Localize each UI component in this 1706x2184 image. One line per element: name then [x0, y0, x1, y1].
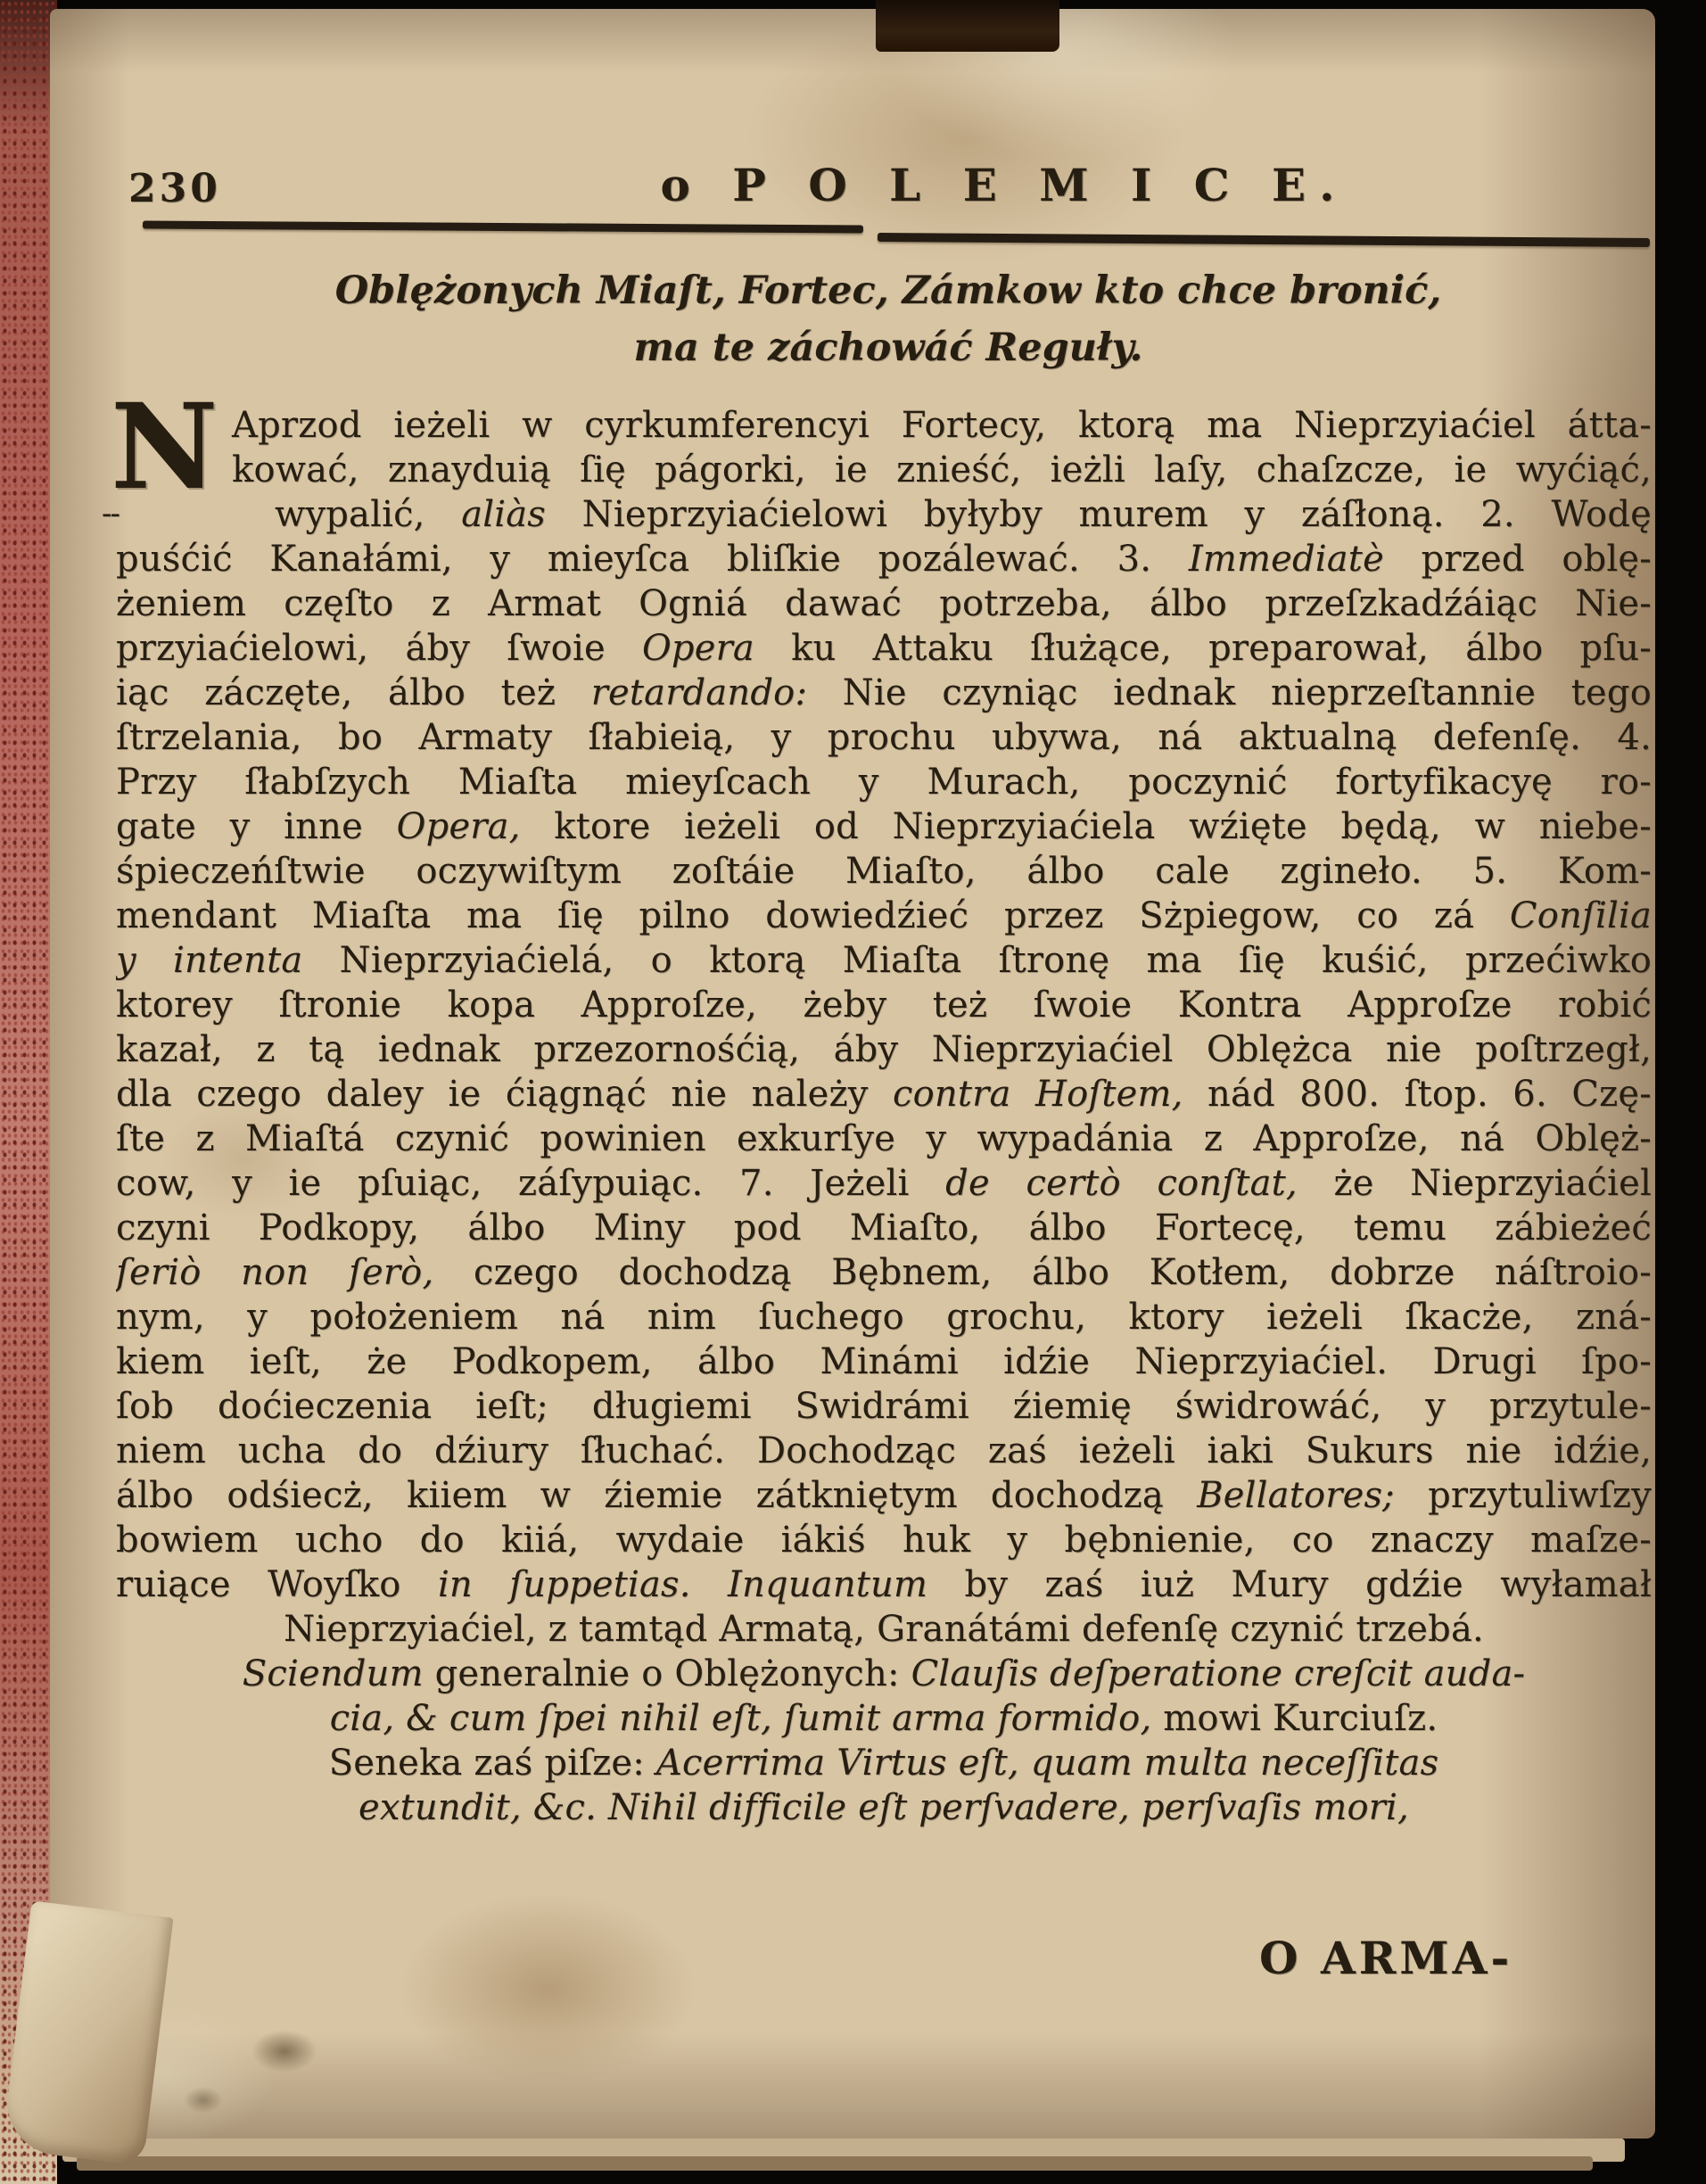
- text-segment: Seneka zaś piſze:: [329, 1743, 656, 1784]
- text-segment: ktorey ſtronie kopa Approſze, żeby też ſ…: [116, 985, 1652, 1026]
- text-segment-italic: Conſilia: [1510, 895, 1652, 936]
- text-segment: ku Attaku ſłużące, preparował, álbo pſu-: [754, 628, 1652, 669]
- text-segment: że Nieprzyiaćiel: [1298, 1163, 1652, 1204]
- text-segment-italic: in ſuppetias.: [438, 1564, 691, 1605]
- text-segment: przyiaćielowi, áby ſwoie: [116, 628, 642, 669]
- running-title: o P O L E M I C E.: [514, 159, 1495, 211]
- text-segment: przed oblę-: [1384, 539, 1652, 580]
- text-segment: mendant Miaſta ma ſię pilno dowiedźieć p…: [116, 895, 1510, 936]
- text-segment-italic: Opera,: [397, 806, 521, 847]
- text-segment-italic: Acerrima Virtus eſt, quam multa neceſſit…: [656, 1743, 1438, 1784]
- page-paper: 230 o P O L E M I C E. Oblężonych Miaſt,…: [50, 9, 1655, 2139]
- text-line: Przy ſłabſzych Miaſta mieyſcach y Murach…: [116, 760, 1652, 804]
- text-line: nym, y położeniem ná nim ſuchego grochu,…: [116, 1295, 1652, 1339]
- drop-cap: N: [111, 389, 218, 507]
- section-heading-line2: ma te záchowáć Reguły.: [175, 319, 1602, 376]
- curled-page-corner: [2, 1900, 174, 2165]
- text-line: kazał, z tą iednak przezornośćią, áby Ni…: [116, 1027, 1652, 1072]
- text-segment: álbo odśiecż, kiiem w źiemie zátkniętym …: [116, 1475, 1197, 1516]
- section-heading: Oblężonych Miaſt, Fortec, Zámkow kto chc…: [175, 262, 1602, 376]
- text-line: przyiaćielowi, áby ſwoie Opera ku Attaku…: [116, 626, 1652, 671]
- text-line: álbo odśiecż, kiiem w źiemie zátkniętym …: [116, 1473, 1652, 1518]
- text-segment: ſtrzelania, bo Armaty ſłabieią, y prochu…: [116, 717, 1652, 758]
- text-segment-italic: contra Hoſtem,: [893, 1074, 1183, 1115]
- text-segment: ruiące Woyſko: [116, 1564, 438, 1605]
- text-segment: gate y inne: [116, 806, 397, 847]
- text-line: puśćić Kanałámi, y mieyſca bliſkie pozál…: [116, 537, 1652, 581]
- text-segment: Nieprzyiaćielowi byłyby murem y záſłoną.…: [546, 494, 1652, 535]
- text-segment-italic: y intenta: [116, 940, 302, 981]
- page-number: 230: [128, 166, 221, 211]
- ink-stain-small: [184, 2087, 223, 2114]
- text-segment: puśćić Kanałámi, y mieyſca bliſkie pozál…: [116, 539, 1189, 580]
- text-segment: Aprzod ieżeli w cyrkumferencyi Fortecy, …: [232, 405, 1652, 446]
- margin-mark: --: [102, 496, 119, 532]
- text-line: bowiem ucho do kiiá, wydaie iákiś huk y …: [116, 1518, 1652, 1562]
- text-line: żeniem częſto z Armat Ogniá dawać potrze…: [116, 581, 1652, 626]
- text-line: gate y inne Opera, ktore ieżeli od Niepr…: [116, 804, 1652, 849]
- text-segment-italic: retardando:: [591, 672, 807, 713]
- text-line: cow, y ie pſuiąc, záſypuiąc. 7. Jeżeli d…: [116, 1161, 1652, 1206]
- text-segment: kiem ieſt, że Podkopem, álbo Minámi idźi…: [116, 1341, 1652, 1382]
- text-line: ſob doćieczenia ieſt; długiemi Swidrámi …: [116, 1384, 1652, 1429]
- text-segment: kazał, z tą iednak przezornośćią, áby Ni…: [116, 1029, 1652, 1070]
- text-line: ruiące Woyſko in ſuppetias. Inquantum by…: [116, 1562, 1652, 1607]
- text-segment-italic: Inquantum: [728, 1564, 927, 1605]
- text-segment-italic: ſeriò non ſerò,: [116, 1252, 433, 1293]
- text-line: kiem ieſt, że Podkopem, álbo Minámi idźi…: [116, 1339, 1652, 1384]
- text-segment: przytuliwſzy: [1395, 1475, 1652, 1516]
- text-segment: niem ucha do dźiury ſłuchać. Dochodząc z…: [116, 1430, 1652, 1471]
- text-line: Nieprzyiaćiel, z tamtąd Armatą, Granátám…: [116, 1607, 1652, 1652]
- text-line: extundit, &c. Nihil difficile eſt perſva…: [116, 1785, 1652, 1830]
- text-segment-italic: Clauſis deſperatione creſcit auda-: [911, 1653, 1526, 1694]
- text-segment: czyni Podkopy, álbo Miny pod Miaſto, álb…: [116, 1207, 1652, 1249]
- text-line: Sciendum generalnie o Oblężonych: Clauſi…: [116, 1652, 1652, 1696]
- text-line: czyni Podkopy, álbo Miny pod Miaſto, álb…: [116, 1206, 1652, 1250]
- text-line: cia, & cum ſpei nihil eſt, ſumit arma fo…: [116, 1696, 1652, 1741]
- text-segment: nym, y położeniem ná nim ſuchego grochu,…: [116, 1297, 1652, 1338]
- text-line: ſtrzelania, bo Armaty ſłabieią, y prochu…: [116, 715, 1652, 760]
- text-line: dla czego daley ie ćiągnąć nie należy co…: [116, 1072, 1652, 1117]
- text-segment: czego dochodzą Bębnem, álbo Kotłem, dobr…: [433, 1252, 1652, 1293]
- text-line: iąc záczęte, álbo też retardando: Nie cz…: [116, 671, 1652, 715]
- text-segment-italic: Sciendum: [243, 1653, 424, 1694]
- text-segment-italic: Immediatè: [1189, 539, 1384, 580]
- text-line: y intenta Nieprzyiaćielá, o ktorą Miaſta…: [116, 938, 1652, 983]
- text-segment: wypalić,: [275, 494, 461, 535]
- text-segment: Nieprzyiaćielá, o ktorą Miaſta ſtronę ma…: [302, 940, 1652, 981]
- text-segment: ktore ieżeli od Nieprzyiaćiela wźięte bę…: [521, 806, 1652, 847]
- text-segment: Nie czyniąc iednak nieprzeſtannie tego: [807, 672, 1652, 713]
- section-heading-line1: Oblężonych Miaſt, Fortec, Zámkow kto chc…: [175, 262, 1602, 319]
- text-line: Seneka zaś piſze: Acerrima Virtus eſt, q…: [116, 1741, 1652, 1785]
- text-segment: dla czego daley ie ćiągnąć nie należy: [116, 1074, 893, 1115]
- text-segment: Nieprzyiaćiel, z tamtąd Armatą, Granátám…: [284, 1609, 1484, 1650]
- text-segment: bowiem ucho do kiiá, wydaie iákiś huk y …: [116, 1520, 1652, 1561]
- catchword: O ARMA-: [1259, 1932, 1512, 1984]
- text-line: ſte z Miaſtá czynić powinien exkurſye y …: [116, 1117, 1652, 1161]
- text-segment: mowi Kurciuſz.: [1151, 1698, 1438, 1739]
- ink-stain: [251, 2030, 317, 2073]
- text-segment: nád 800. ſtop. 6. Czę-: [1183, 1074, 1652, 1115]
- text-line: śpieczeńſtwie oczywiſtym zoſtáie Miaſto,…: [116, 849, 1652, 894]
- under-page-edge-dark: [77, 2156, 1593, 2171]
- text-segment-italic: aliàs: [461, 494, 546, 535]
- header-rule-right: [878, 233, 1650, 247]
- header-rule-left: [143, 221, 863, 234]
- text-segment: cow, y ie pſuiąc, záſypuiąc. 7. Jeżeli: [116, 1163, 945, 1204]
- text-line: kować, znayduią ſię págorki, ie znieść, …: [116, 448, 1652, 492]
- text-segment-italic: cia, & cum ſpei nihil eſt, ſumit arma fo…: [330, 1698, 1152, 1739]
- text-segment: ſte z Miaſtá czynić powinien exkurſye y …: [116, 1118, 1652, 1159]
- text-segment: [691, 1564, 728, 1605]
- text-segment: kować, znayduią ſię págorki, ie znieść, …: [232, 449, 1652, 490]
- text-segment: iąc záczęte, álbo też: [116, 672, 591, 713]
- scanned-book-photo: { "page": { "number": "230", "running_ti…: [0, 0, 1706, 2184]
- text-segment-italic: Opera: [642, 628, 754, 669]
- text-segment-italic: extundit, &c. Nihil difficile eſt perſva…: [359, 1787, 1409, 1828]
- text-segment: generalnie o Oblężonych:: [424, 1653, 911, 1694]
- text-line: Aprzod ieżeli w cyrkumferencyi Fortecy, …: [116, 403, 1652, 448]
- text-line: niem ucha do dźiury ſłuchać. Dochodząc z…: [116, 1429, 1652, 1473]
- text-line: wypalić, aliàs Nieprzyiaćielowi byłyby m…: [116, 492, 1652, 537]
- text-line: ſeriò non ſerò, czego dochodzą Bębnem, á…: [116, 1250, 1652, 1295]
- text-line: mendant Miaſta ma ſię pilno dowiedźieć p…: [116, 894, 1652, 938]
- text-segment-italic: Bellatores;: [1197, 1475, 1395, 1516]
- body-lines: N -- Aprzod ieżeli w cyrkumferencyi Fort…: [116, 403, 1652, 1830]
- text-segment-italic: de certò conſtat,: [945, 1163, 1298, 1204]
- text-segment: by zaś iuż Mury gdźie wyłamał: [927, 1564, 1652, 1605]
- text-segment: Przy ſłabſzych Miaſta mieyſcach y Murach…: [116, 762, 1652, 803]
- text-segment: śpieczeńſtwie oczywiſtym zoſtáie Miaſto,…: [116, 851, 1652, 892]
- adjacent-book-edge: [876, 0, 1059, 52]
- text-segment: żeniem częſto z Armat Ogniá dawać potrze…: [116, 583, 1652, 624]
- book-fore-edge-red: [0, 0, 57, 2184]
- text-line: ktorey ſtronie kopa Approſze, żeby też ſ…: [116, 983, 1652, 1027]
- text-segment: ſob doćieczenia ieſt; długiemi Swidrámi …: [116, 1386, 1652, 1427]
